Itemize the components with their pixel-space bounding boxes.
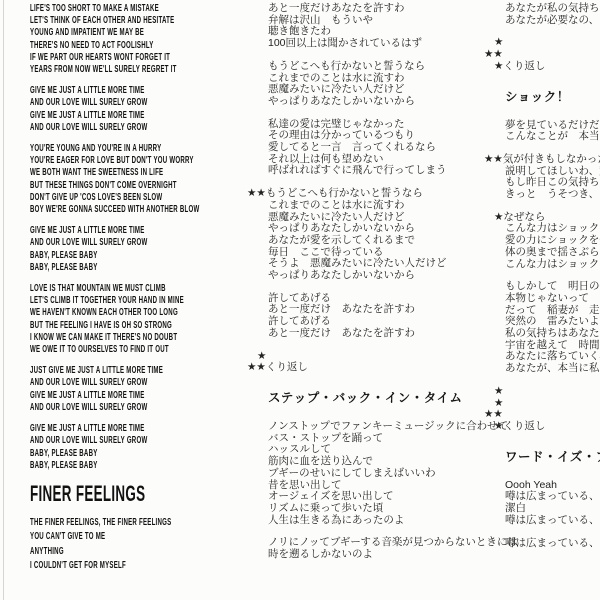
verse-block: LOVE IS THAT MOUNTAIN WE MUST CLIMBLET'S… — [30, 283, 274, 356]
song-title-heading: ワード・イズ・アウト — [505, 447, 600, 467]
lyric-line: GIVE ME JUST A LITTLE MORE TIME — [30, 110, 274, 122]
lyric-line: 呼ばれればすぐに飛んで行ってしまう — [268, 165, 483, 177]
verse-block: GIVE ME JUST A LITTLE MORE TIMEAND OUR L… — [30, 225, 274, 274]
lyric-line: AND OUR LOVE WILL SURELY GROW — [30, 377, 274, 389]
lyric-line: GIVE ME JUST A LITTLE MORE TIME — [30, 390, 274, 402]
lyric-line: ★★くり返し — [268, 362, 483, 374]
lyric-line: こんなことが 本当に 起 — [505, 131, 600, 143]
lyric-line: やっぱりあなたしかいないから — [268, 96, 483, 108]
lyric-line: WE OWE IT TO OURSELVES TO FIND IT OUT — [30, 344, 274, 356]
verse-block: もしかして 明日の今頃は本物じゃないって 知るかだって 稲妻が 走ったみ突然の … — [505, 281, 600, 375]
repeat-markers: ★★★くり返し — [268, 351, 483, 374]
verse-block: JUST GIVE ME JUST A LITTLE MORE TIMEAND … — [30, 365, 274, 414]
lyric-line: AND OUR LOVE WILL SURELY GROW — [30, 435, 274, 447]
verse-block: Oooh Yeah噂は広まっている、噂は広潔白噂は広まっている、町中か — [505, 480, 600, 527]
lyric-line: あなたが、本当に私の恋 — [505, 363, 600, 375]
repeat-star-marker: ★ — [505, 386, 600, 398]
lyric-line: 本物じゃないって 知るか — [505, 293, 600, 305]
lyric-line: YEARS FROM NOW WE'LL SURELY REGRET IT — [30, 64, 274, 76]
verse-block: ★★気が付きもしなかった感情説明してほしいわ、驚きなもし昨日この気持ちをあなきっ… — [505, 154, 600, 201]
lyric-line: 噂は広まっている、噂の的 — [505, 538, 600, 550]
lyric-line: 体の奥まで揺さぶられて — [505, 247, 600, 259]
repeat-markers: ★★★★くり返し — [505, 37, 600, 72]
lyrics-sheet-page: LIFE'S TOO SHORT TO MAKE A MISTAKELET'S … — [0, 0, 600, 600]
lyric-line: BABY, PLEASE BABY — [30, 250, 274, 262]
lyric-line: YOU'RE EAGER FOR LOVE BUT DON'T YOU WORR… — [30, 155, 274, 167]
lyric-line: ノンストップでファンキーミュージックに合わせて — [268, 421, 483, 433]
lyric-line: もうどこへも行かないと誓うなら — [268, 61, 483, 73]
lyric-line: YOU'RE YOUNG AND YOU'RE IN A HURRY — [30, 143, 274, 155]
lyric-line: あと一度だけあなたを許すわ — [268, 3, 483, 15]
lyric-line: あなたが必要なの、わかっ — [505, 15, 600, 27]
verse-block: LIFE'S TOO SHORT TO MAKE A MISTAKELET'S … — [30, 3, 274, 76]
verse-block: あなたが私の気持ちに 気あなたが必要なの、わかっ — [505, 3, 600, 26]
lyric-line: 人生は生きる為にあったのよ — [268, 515, 483, 527]
lyric-line: ★くり返し — [505, 421, 600, 433]
song-title-heading: FINER FEELINGS — [30, 481, 274, 507]
lyric-line: DON'T GIVE UP 'COS LOVE'S BEEN SLOW — [30, 192, 274, 204]
lyric-line: GIVE ME JUST A LITTLE MORE TIME — [30, 225, 274, 237]
verse-block: 夢を見ているだけだと言っこんなことが 本当に 起 — [505, 120, 600, 143]
verse-block: ノンストップでファンキーミュージックに合わせてバス・ストップを踊ってハッスルして… — [268, 421, 483, 526]
verse-block: ノリにノッてブギーする音楽が見つからないときには時を遡るしかないのよ — [268, 537, 483, 560]
verse-block: ★★もうどこへも行かないと誓うならこれまでのことは水に流すわ悪魔みたいに冷たい人… — [268, 188, 483, 282]
lyric-line: YOU CAN'T GIVE TO ME — [30, 530, 274, 544]
lyric-line: ★くり返し — [505, 61, 600, 73]
lyric-line: GIVE ME JUST A LITTLE MORE TIME — [30, 423, 274, 435]
lyric-line: あなたが愛を示してくれるまで — [268, 235, 483, 247]
lyric-line: 噂は広まっている、町中か — [505, 515, 600, 527]
lyric-line: WE BOTH WANT THE SWEETNESS IN LIFE — [30, 167, 274, 179]
lyric-line: リズムに乗って歩いた頃 — [268, 503, 483, 515]
repeat-star-marker: ★ — [505, 398, 600, 410]
lyric-line: 私の気持ちはあなたでいっ — [505, 328, 600, 340]
lyric-line: WE HAVEN'T KNOWN EACH OTHER TOO LONG — [30, 307, 274, 319]
verse-block: GIVE ME JUST A LITTLE MORE TIMEAND OUR L… — [30, 423, 274, 472]
lyric-line: THERE'S NO NEED TO ACT FOOLISHLY — [30, 40, 274, 52]
lyric-line: AND OUR LOVE WILL SURELY GROW — [30, 402, 274, 414]
lyric-line: きっと うそつき、って言葉 — [505, 189, 600, 201]
lyric-line: BABY, PLEASE BABY — [30, 448, 274, 460]
page-edge-line — [3, 0, 4, 600]
repeat-star-marker: ★ — [505, 37, 600, 49]
lyric-line: BABY, PLEASE BABY — [30, 460, 274, 472]
lyric-line: こんな力はショックなの — [505, 259, 600, 271]
lyric-line: BUT THE FEELING I HAVE IS OH SO STRONG — [30, 320, 274, 332]
lyric-line: あと一度だけ あなたを許すわ — [268, 328, 483, 340]
song-title-heading: ステップ・バック・イン・タイム — [268, 388, 483, 408]
lyric-line: BABY, PLEASE BABY — [30, 262, 274, 274]
lyric-line: THE FINER FEELINGS, THE FINER FEELINGS — [30, 516, 274, 530]
lyric-line: I KNOW WE CAN MAKE IT THERE'S NO DOUBT — [30, 332, 274, 344]
lyric-line: やっぱりあなたしかいないから — [268, 270, 483, 282]
lyrics-column-english: LIFE'S TOO SHORT TO MAKE A MISTAKELET'S … — [30, 3, 274, 582]
verse-block: GIVE ME JUST A LITTLE MORE TIMEAND OUR L… — [30, 85, 274, 134]
lyric-line: YOUNG AND IMPATIENT WE MAY BE — [30, 27, 274, 39]
lyric-line: JUST GIVE ME JUST A LITTLE MORE TIME — [30, 365, 274, 377]
song-title-heading: ショック！ — [505, 87, 600, 107]
verse-block: あと一度だけあなたを許すわ弁解は沢山 もういや聴き飽きたわ100回以上は聞かされ… — [268, 3, 483, 50]
lyric-line: 愛してると一言 言ってくれるなら — [268, 142, 483, 154]
lyric-line: 時を遡るしかないのよ — [268, 549, 483, 561]
lyric-line: AND OUR LOVE WILL SURELY GROW — [30, 97, 274, 109]
lyric-line: ANYTHING — [30, 545, 274, 559]
lyric-line: ブギーのせいにしてしまえばいいわ — [268, 468, 483, 480]
lyrics-column-japanese-right: あなたが私の気持ちに 気あなたが必要なの、わかっ★★★★くり返しショック！夢を見… — [505, 3, 600, 560]
lyric-line: BUT THESE THINGS DON'T COME OVERNIGHT — [30, 180, 274, 192]
verse-block: 私達の愛は完璧じゃなかったその理由は分かっているつもり愛してると一言 言ってくれ… — [268, 119, 483, 178]
lyric-line: AND OUR LOVE WILL SURELY GROW — [30, 122, 274, 134]
lyric-line: ★★気が付きもしなかった感情 — [505, 154, 600, 166]
lyric-line: AND OUR LOVE WILL SURELY GROW — [30, 237, 274, 249]
lyrics-column-japanese-middle: あと一度だけあなたを許すわ弁解は沢山 もういや聴き飽きたわ100回以上は聞かされ… — [268, 3, 483, 572]
lyric-line: LIFE'S TOO SHORT TO MAKE A MISTAKE — [30, 3, 274, 15]
lyric-line: LET'S THINK OF EACH OTHER AND HESITATE — [30, 15, 274, 27]
lyric-line: LOVE IS THAT MOUNTAIN WE MUST CLIMB — [30, 283, 274, 295]
verse-block: THE FINER FEELINGS, THE FINER FEELINGSYO… — [30, 516, 274, 573]
lyric-line: LET'S CLIMB IT TOGETHER YOUR HAND IN MIN… — [30, 295, 274, 307]
repeat-markers: ★★★★★くり返し — [505, 386, 600, 433]
lyric-line: I COULDN'T GET FOR MYSELF — [30, 559, 274, 573]
verse-block: YOU'RE YOUNG AND YOU'RE IN A HURRYYOU'RE… — [30, 143, 274, 216]
verse-block: ★なぜならこんな力はショックなの愛の力にショックを受ける体の奥まで揺さぶられてこ… — [505, 212, 600, 271]
lyric-line: IF WE PART OUR HEARTS WONT FORGET IT — [30, 52, 274, 64]
lyric-line: これまでのことは水に流すわ — [268, 200, 483, 212]
lyric-line: あなたが私の気持ちに 気 — [505, 3, 600, 15]
verse-block: 許してあげるあと一度だけ あなたを許すわ許してあげるあと一度だけ あなたを許すわ — [268, 293, 483, 340]
lyric-line: GIVE ME JUST A LITTLE MORE TIME — [30, 85, 274, 97]
lyric-line: BOY WE'RE GONNA SUCCEED WITH ANOTHER BLO… — [30, 204, 274, 216]
lyric-line: 100回以上は聞かされているはず — [268, 38, 483, 50]
verse-block: 噂は広まっている、噂の的 — [505, 538, 600, 550]
verse-block: もうどこへも行かないと誓うならこれまでのことは水に流すわ悪魔みたいに冷たい人だけ… — [268, 61, 483, 108]
